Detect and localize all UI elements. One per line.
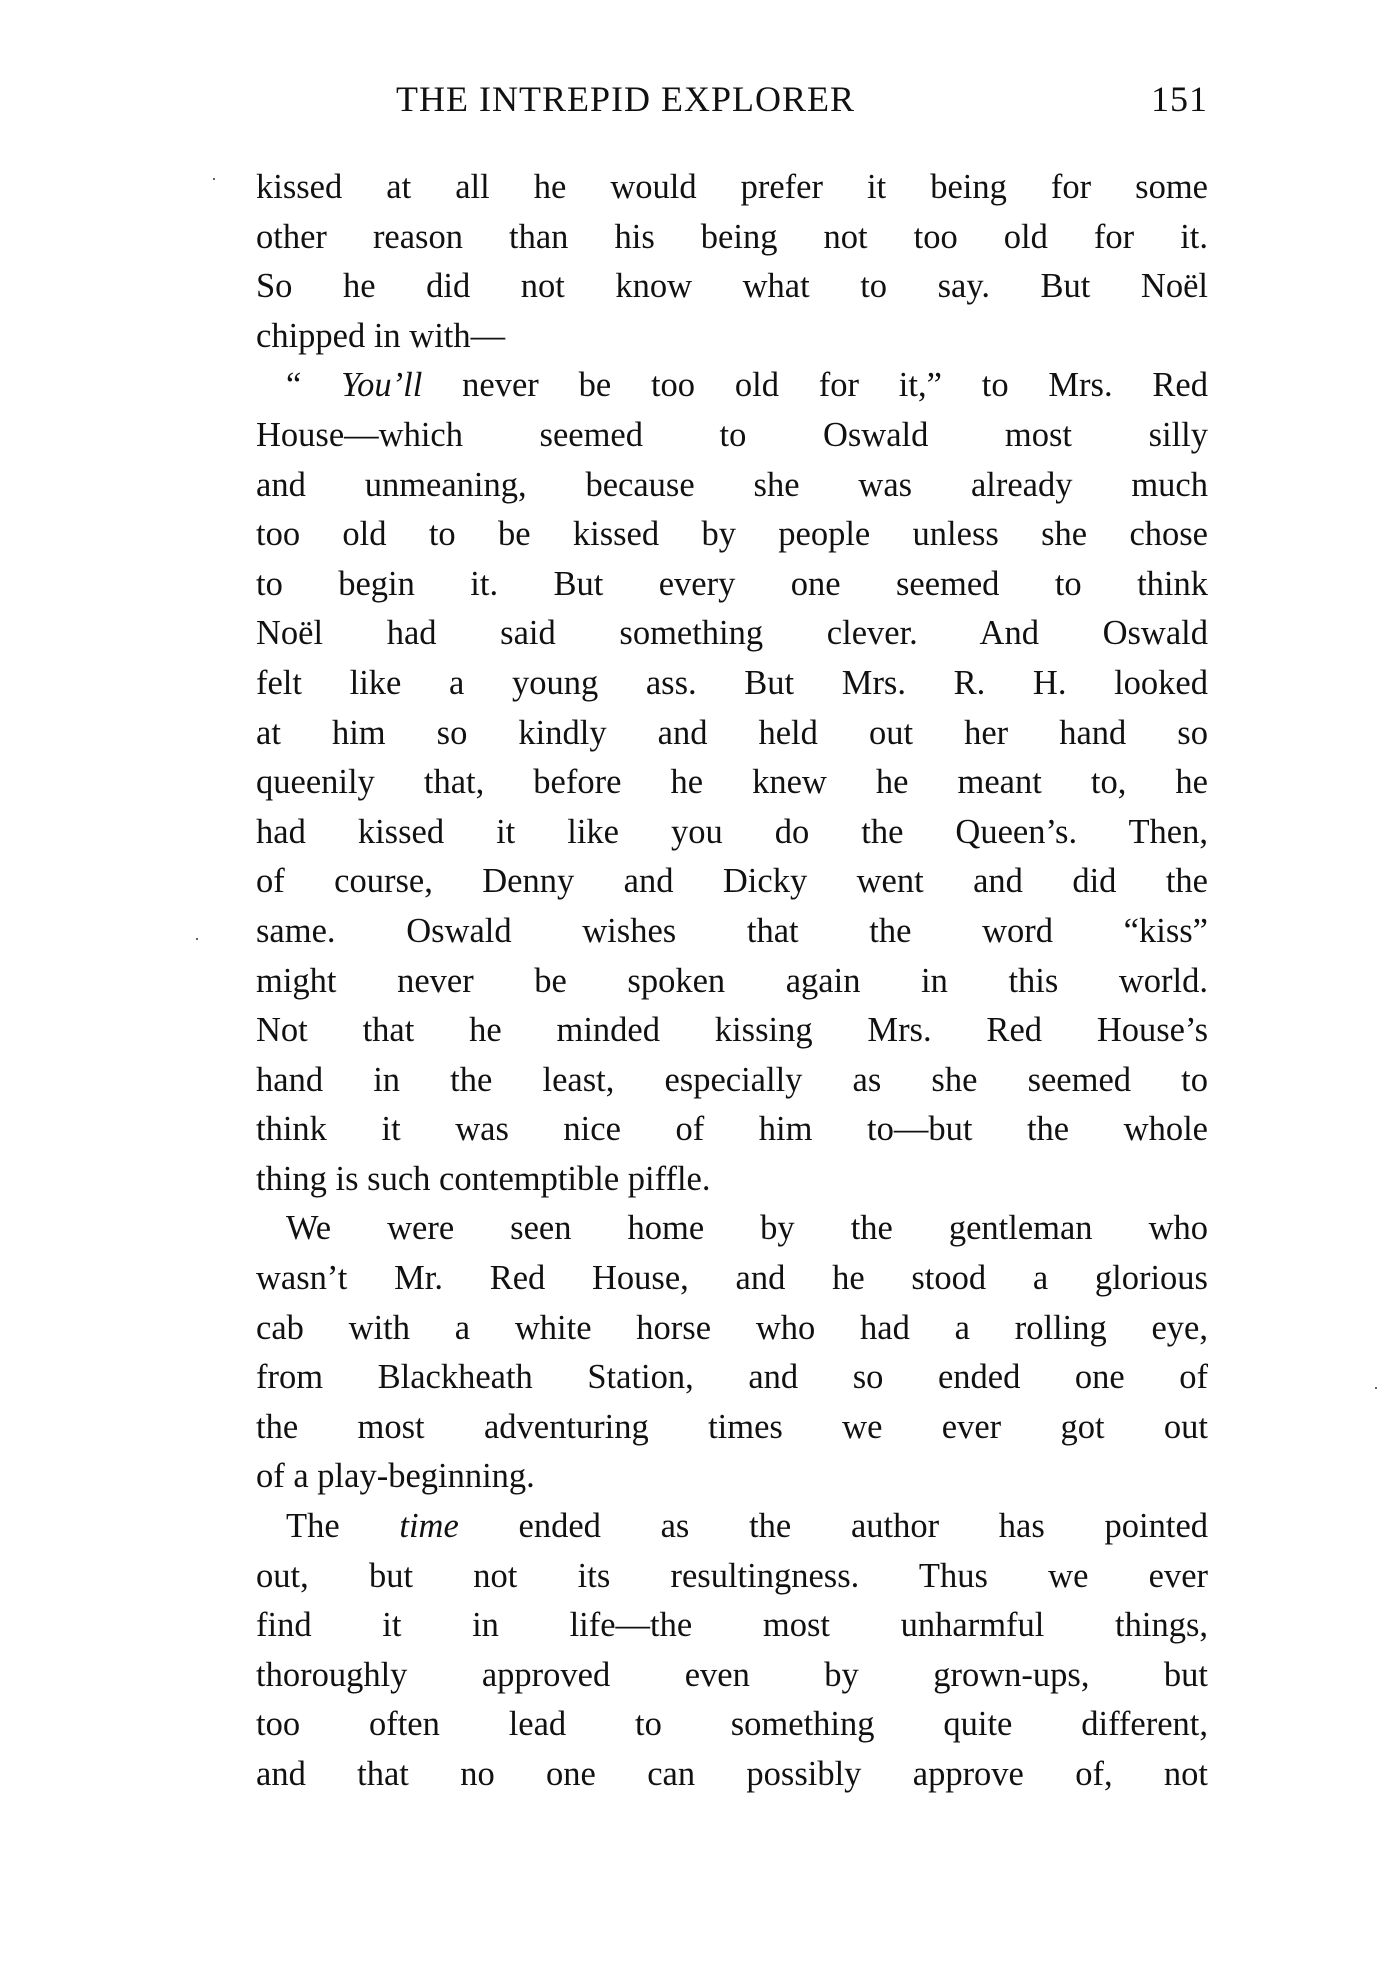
- text-line: House—which seemed to Oswald most silly: [256, 411, 1208, 461]
- page-number: 151: [1151, 78, 1208, 120]
- text-line: kissed at all he would prefer it being f…: [256, 163, 1208, 213]
- text-line: thoroughly approved even by grown-ups, b…: [256, 1651, 1208, 1701]
- text-line: at him so kindly and held out her hand s…: [256, 709, 1208, 759]
- text-line: chipped in with—: [256, 312, 1208, 362]
- text-line: from Blackheath Station, and so ended on…: [256, 1353, 1208, 1403]
- text-line: hand in the least, especially as she see…: [256, 1056, 1208, 1106]
- text-line: too often lead to something quite differ…: [256, 1700, 1208, 1750]
- text-line: to begin it. But every one seemed to thi…: [256, 560, 1208, 610]
- text-line: might never be spoken again in this worl…: [256, 957, 1208, 1007]
- text-line: other reason than his being not too old …: [256, 213, 1208, 263]
- text-line: So he did not know what to say. But Noël: [256, 262, 1208, 312]
- text-line: find it in life—the most unharmful thing…: [256, 1601, 1208, 1651]
- text-line: Not that he minded kissing Mrs. Red Hous…: [256, 1006, 1208, 1056]
- text-line: thing is such contemptible piffle.: [256, 1155, 1208, 1205]
- emphasis-text: time: [399, 1507, 458, 1545]
- text-line: and unmeaning, because she was already m…: [256, 461, 1208, 511]
- text-line: of course, Denny and Dicky went and did …: [256, 857, 1208, 907]
- paragraph-first-line: The time ended as the author has pointed: [256, 1502, 1208, 1552]
- text-line: wasn’t Mr. Red House, and he stood a glo…: [256, 1254, 1208, 1304]
- text-line: same. Oswald wishes that the word “kiss”: [256, 907, 1208, 957]
- text-line: of a play-beginning.: [256, 1452, 1208, 1502]
- text-line: had kissed it like you do the Queen’s. T…: [256, 808, 1208, 858]
- text-line: too old to be kissed by people unless sh…: [256, 510, 1208, 560]
- text-line: queenily that, before he knew he meant t…: [256, 758, 1208, 808]
- text-line: felt like a young ass. But Mrs. R. H. lo…: [256, 659, 1208, 709]
- text-line: cab with a white horse who had a rolling…: [256, 1304, 1208, 1354]
- scan-speck: [1375, 1387, 1377, 1389]
- scan-speck: [213, 178, 215, 180]
- paragraph-first-line: “ You’ll never be too old for it,” to Mr…: [256, 361, 1208, 411]
- text-line: Noël had said something clever. And Oswa…: [256, 609, 1208, 659]
- text-line: and that no one can possibly approve of,…: [256, 1750, 1208, 1800]
- text-line: the most adventuring times we ever got o…: [256, 1403, 1208, 1453]
- text-line: think it was nice of him to—but the whol…: [256, 1105, 1208, 1155]
- emphasis-text: You’ll: [341, 366, 422, 404]
- running-head: THE INTREPID EXPLORER 151: [396, 78, 1208, 128]
- running-head-title: THE INTREPID EXPLORER: [396, 78, 855, 120]
- text-line: out, but not its resultingness. Thus we …: [256, 1552, 1208, 1602]
- paragraph-first-line: We were seen home by the gentleman who: [256, 1204, 1208, 1254]
- body-text: kissed at all he would prefer it being f…: [256, 163, 1208, 1800]
- scan-speck: [196, 938, 198, 940]
